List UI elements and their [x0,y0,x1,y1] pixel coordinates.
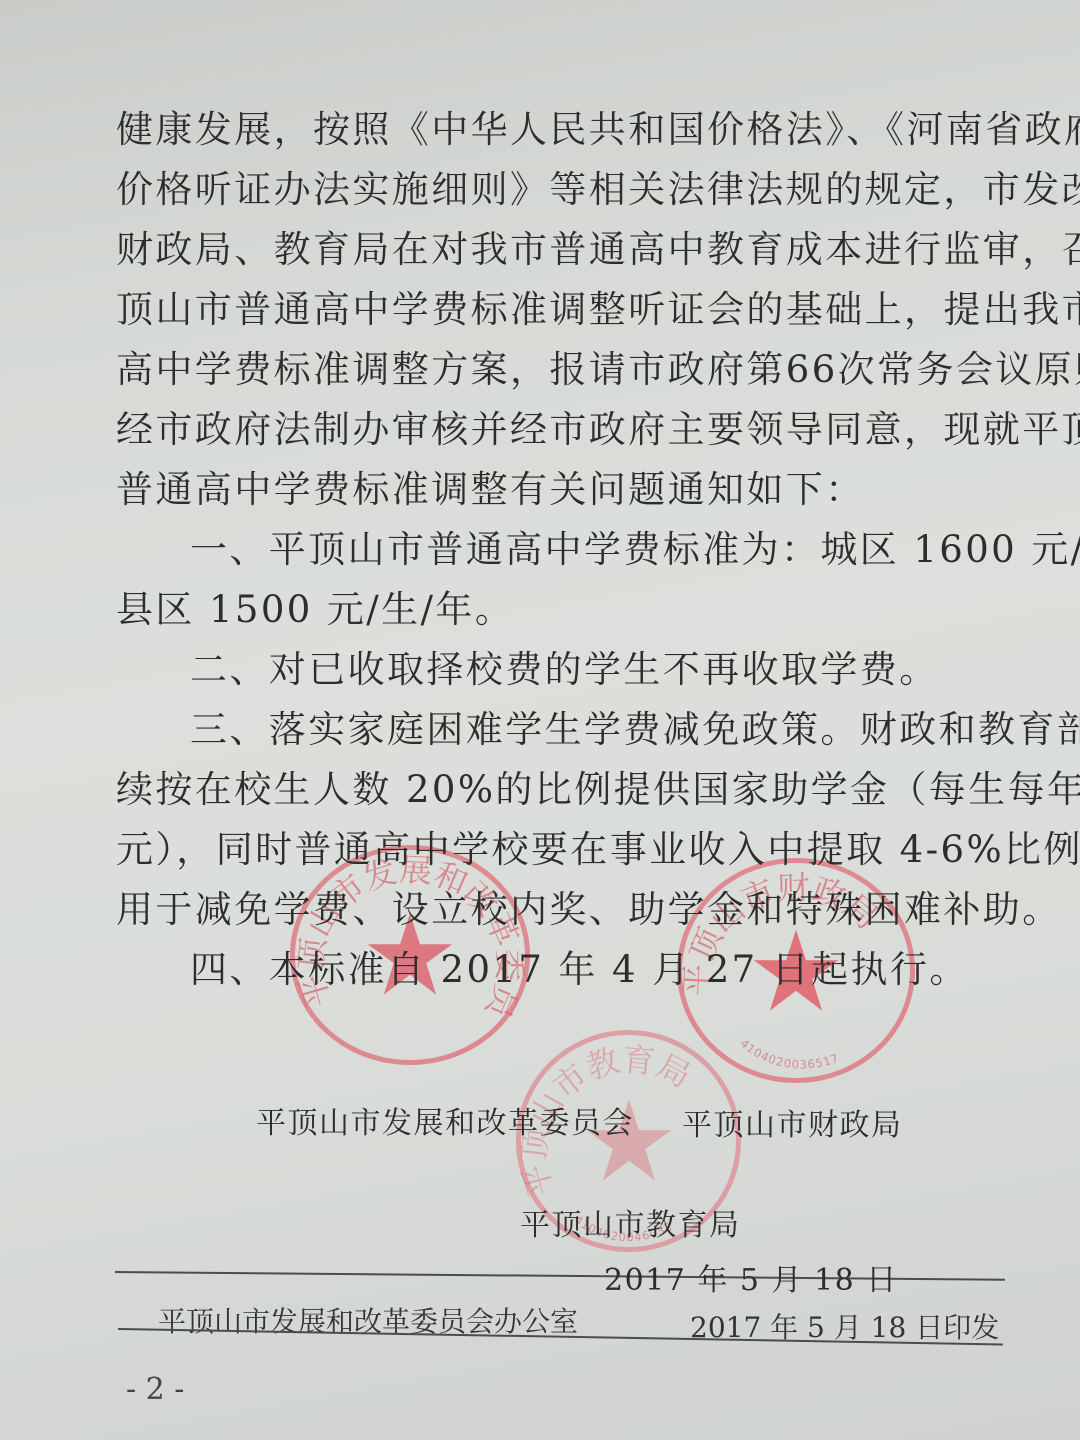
page-number: - 2 - [126,1372,184,1407]
signatory-education-bureau: 平顶山市教育局 [520,1200,741,1244]
item-4-line: 四、本标准自 2017 年 4 月 27 日起执行。 [190,948,969,992]
item-3-line: 三、落实家庭困难学生学费减免政策。财政和教育部门继 [190,708,1080,752]
signatory-development-reform-commission: 平顶山市发展和改革委员会 [256,1098,634,1142]
body-line: 顶山市普通高中学费标准调整听证会的基础上，提出我市普通 [116,288,1080,332]
signatory-finance-bureau: 平顶山市财政局 [682,1100,903,1144]
body-line: 财政局、教育局在对我市普通高中教育成本进行监审，召开平 [116,228,1080,272]
document-page: 平顶山市发展和改革委员会 平顶山市财政局 4104020036517 平顶山市教… [0,0,1080,1440]
signature-date: 2017 年 5 月 18 日 [604,1255,898,1299]
body-line: 健康发展，按照《中华人民共和国价格法》、《河南省政府制定 [116,108,1080,152]
item-3-line: 续按在校生人数 20%的比例提供国家助学金（每生每年 2000 [116,768,1080,812]
item-1-line: 一、平顶山市普通高中学费标准为：城区 1600 元/生/年， [190,528,1080,572]
item-3-line: 用于减免学费、设立校内奖、助学金和特殊困难补助。 [116,888,1062,932]
body-line: 价格听证办法实施细则》等相关法律法规的规定，市发改委、 [116,168,1080,212]
body-line: 高中学费标准调整方案，报请市政府第66次常务会议原则同意， [116,348,1080,392]
item-2-line: 二、对已收取择校费的学生不再收取学费。 [190,648,939,692]
body-line: 经市政府法制办审核并经市政府主要领导同意，现就平顶山市 [116,408,1080,452]
item-1-line: 县区 1500 元/生/年。 [116,588,514,632]
text-layer: 健康发展，按照《中华人民共和国价格法》、《河南省政府制定 价格听证办法实施细则》… [0,0,1080,1440]
body-line: 普通高中学费标准调整有关问题通知如下： [116,468,865,512]
item-3-line: 元），同时普通高中学校要在事业收入中提取 4-6%比例的经费， [116,828,1080,872]
